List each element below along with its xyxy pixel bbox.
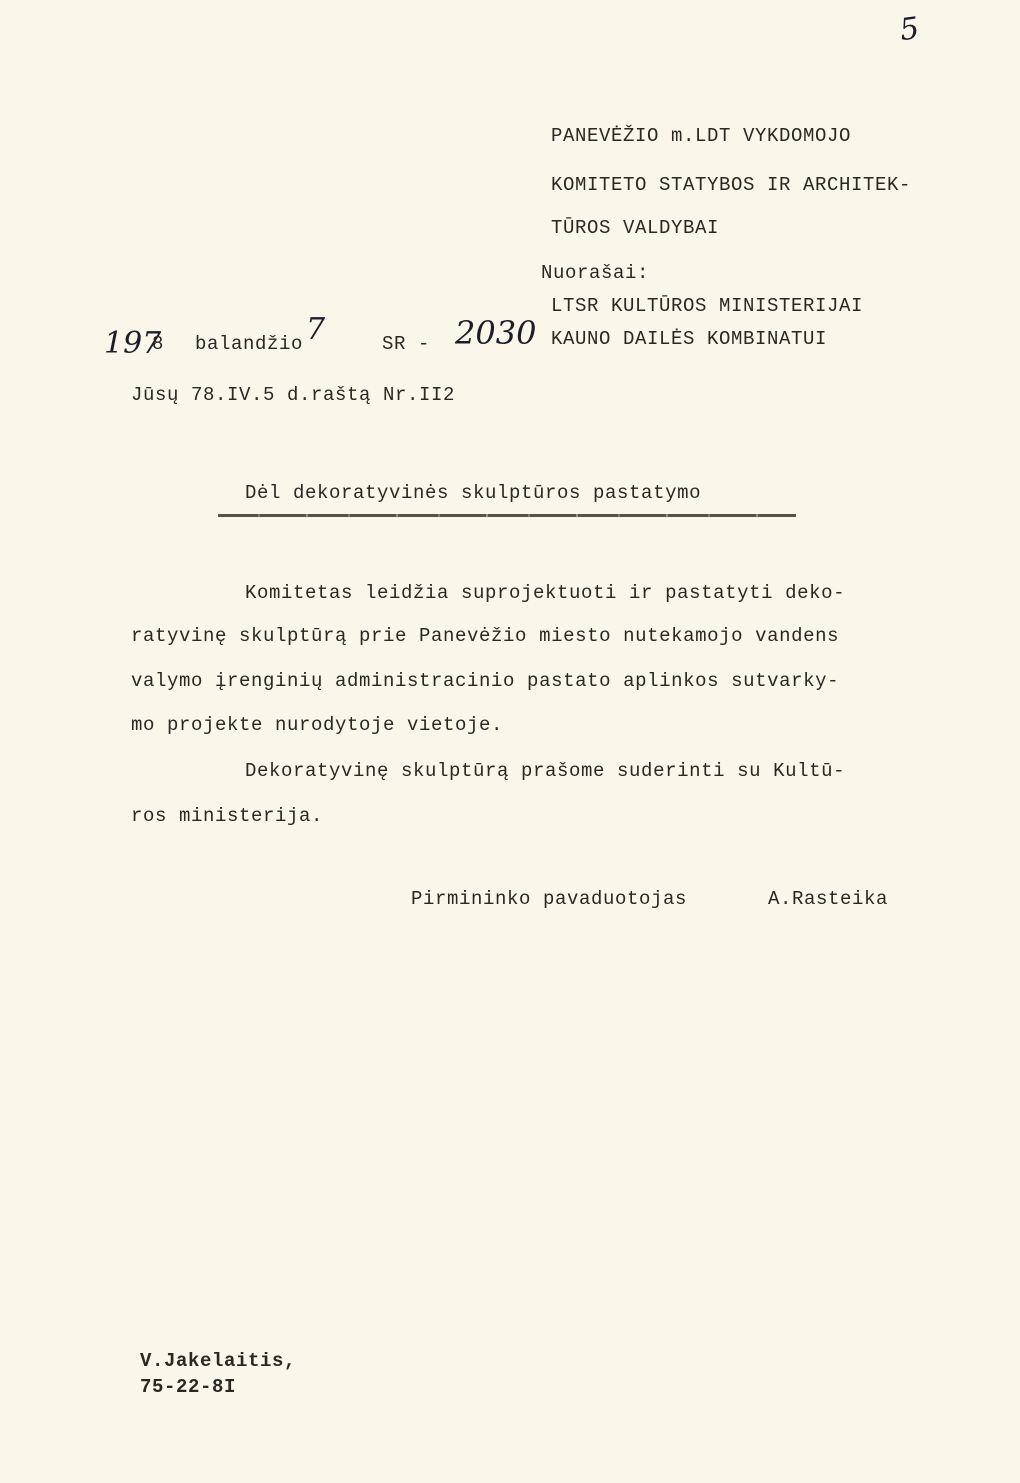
author-phone: 75-22-8I: [140, 1376, 236, 1398]
copies-label: Nuorašai:: [541, 262, 649, 284]
body-p1-line-3: valymo įrenginių administracinio pastato…: [131, 670, 839, 692]
addressee-line-2: KOMITETO STATYBOS IR ARCHITEK-: [551, 174, 911, 196]
subject-heading: Dėl dekoratyvinės skulptūros pastatymo: [245, 482, 701, 504]
addressee-line-1: PANEVĖŽIO m.LDT VYKDOMOJO: [551, 125, 851, 147]
reference-line: Jūsų 78.IV.5 d.raštą Nr.II2: [131, 384, 455, 406]
registration-number-handwritten: 2030: [455, 314, 536, 352]
document-page: 5 PANEVĖŽIO m.LDT VYKDOMOJO KOMITETO STA…: [0, 0, 1020, 1483]
signature-name: A.Rasteika: [768, 888, 888, 910]
signature-title: Pirmininko pavaduotojas: [411, 888, 687, 910]
page-number-handwritten: 5: [898, 11, 922, 48]
date-day-handwritten: 7: [306, 312, 325, 347]
date-year-typed: 8: [152, 333, 164, 355]
body-p1-line-4: mo projekte nurodytoje vietoje.: [131, 714, 503, 736]
copy-recipient-2: KAUNO DAILĖS KOMBINATUI: [551, 328, 827, 350]
body-p1-line-1: Komitetas leidžia suprojektuoti ir pasta…: [245, 582, 845, 604]
registration-prefix: SR -: [382, 333, 430, 355]
date-month: balandžio: [195, 333, 303, 355]
body-p1-line-2: ratyvinę skulptūrą prie Panevėžio miesto…: [131, 625, 839, 647]
subject-underline: [218, 514, 796, 517]
body-p2-line-1: Dekoratyvinę skulptūrą prašome suderinti…: [245, 760, 845, 782]
body-p2-line-2: ros ministerija.: [131, 805, 323, 827]
author-name: V.Jakelaitis,: [140, 1350, 296, 1372]
addressee-line-3: TŪROS VALDYBAI: [551, 217, 719, 239]
copy-recipient-1: LTSR KULTŪROS MINISTERIJAI: [551, 295, 863, 317]
